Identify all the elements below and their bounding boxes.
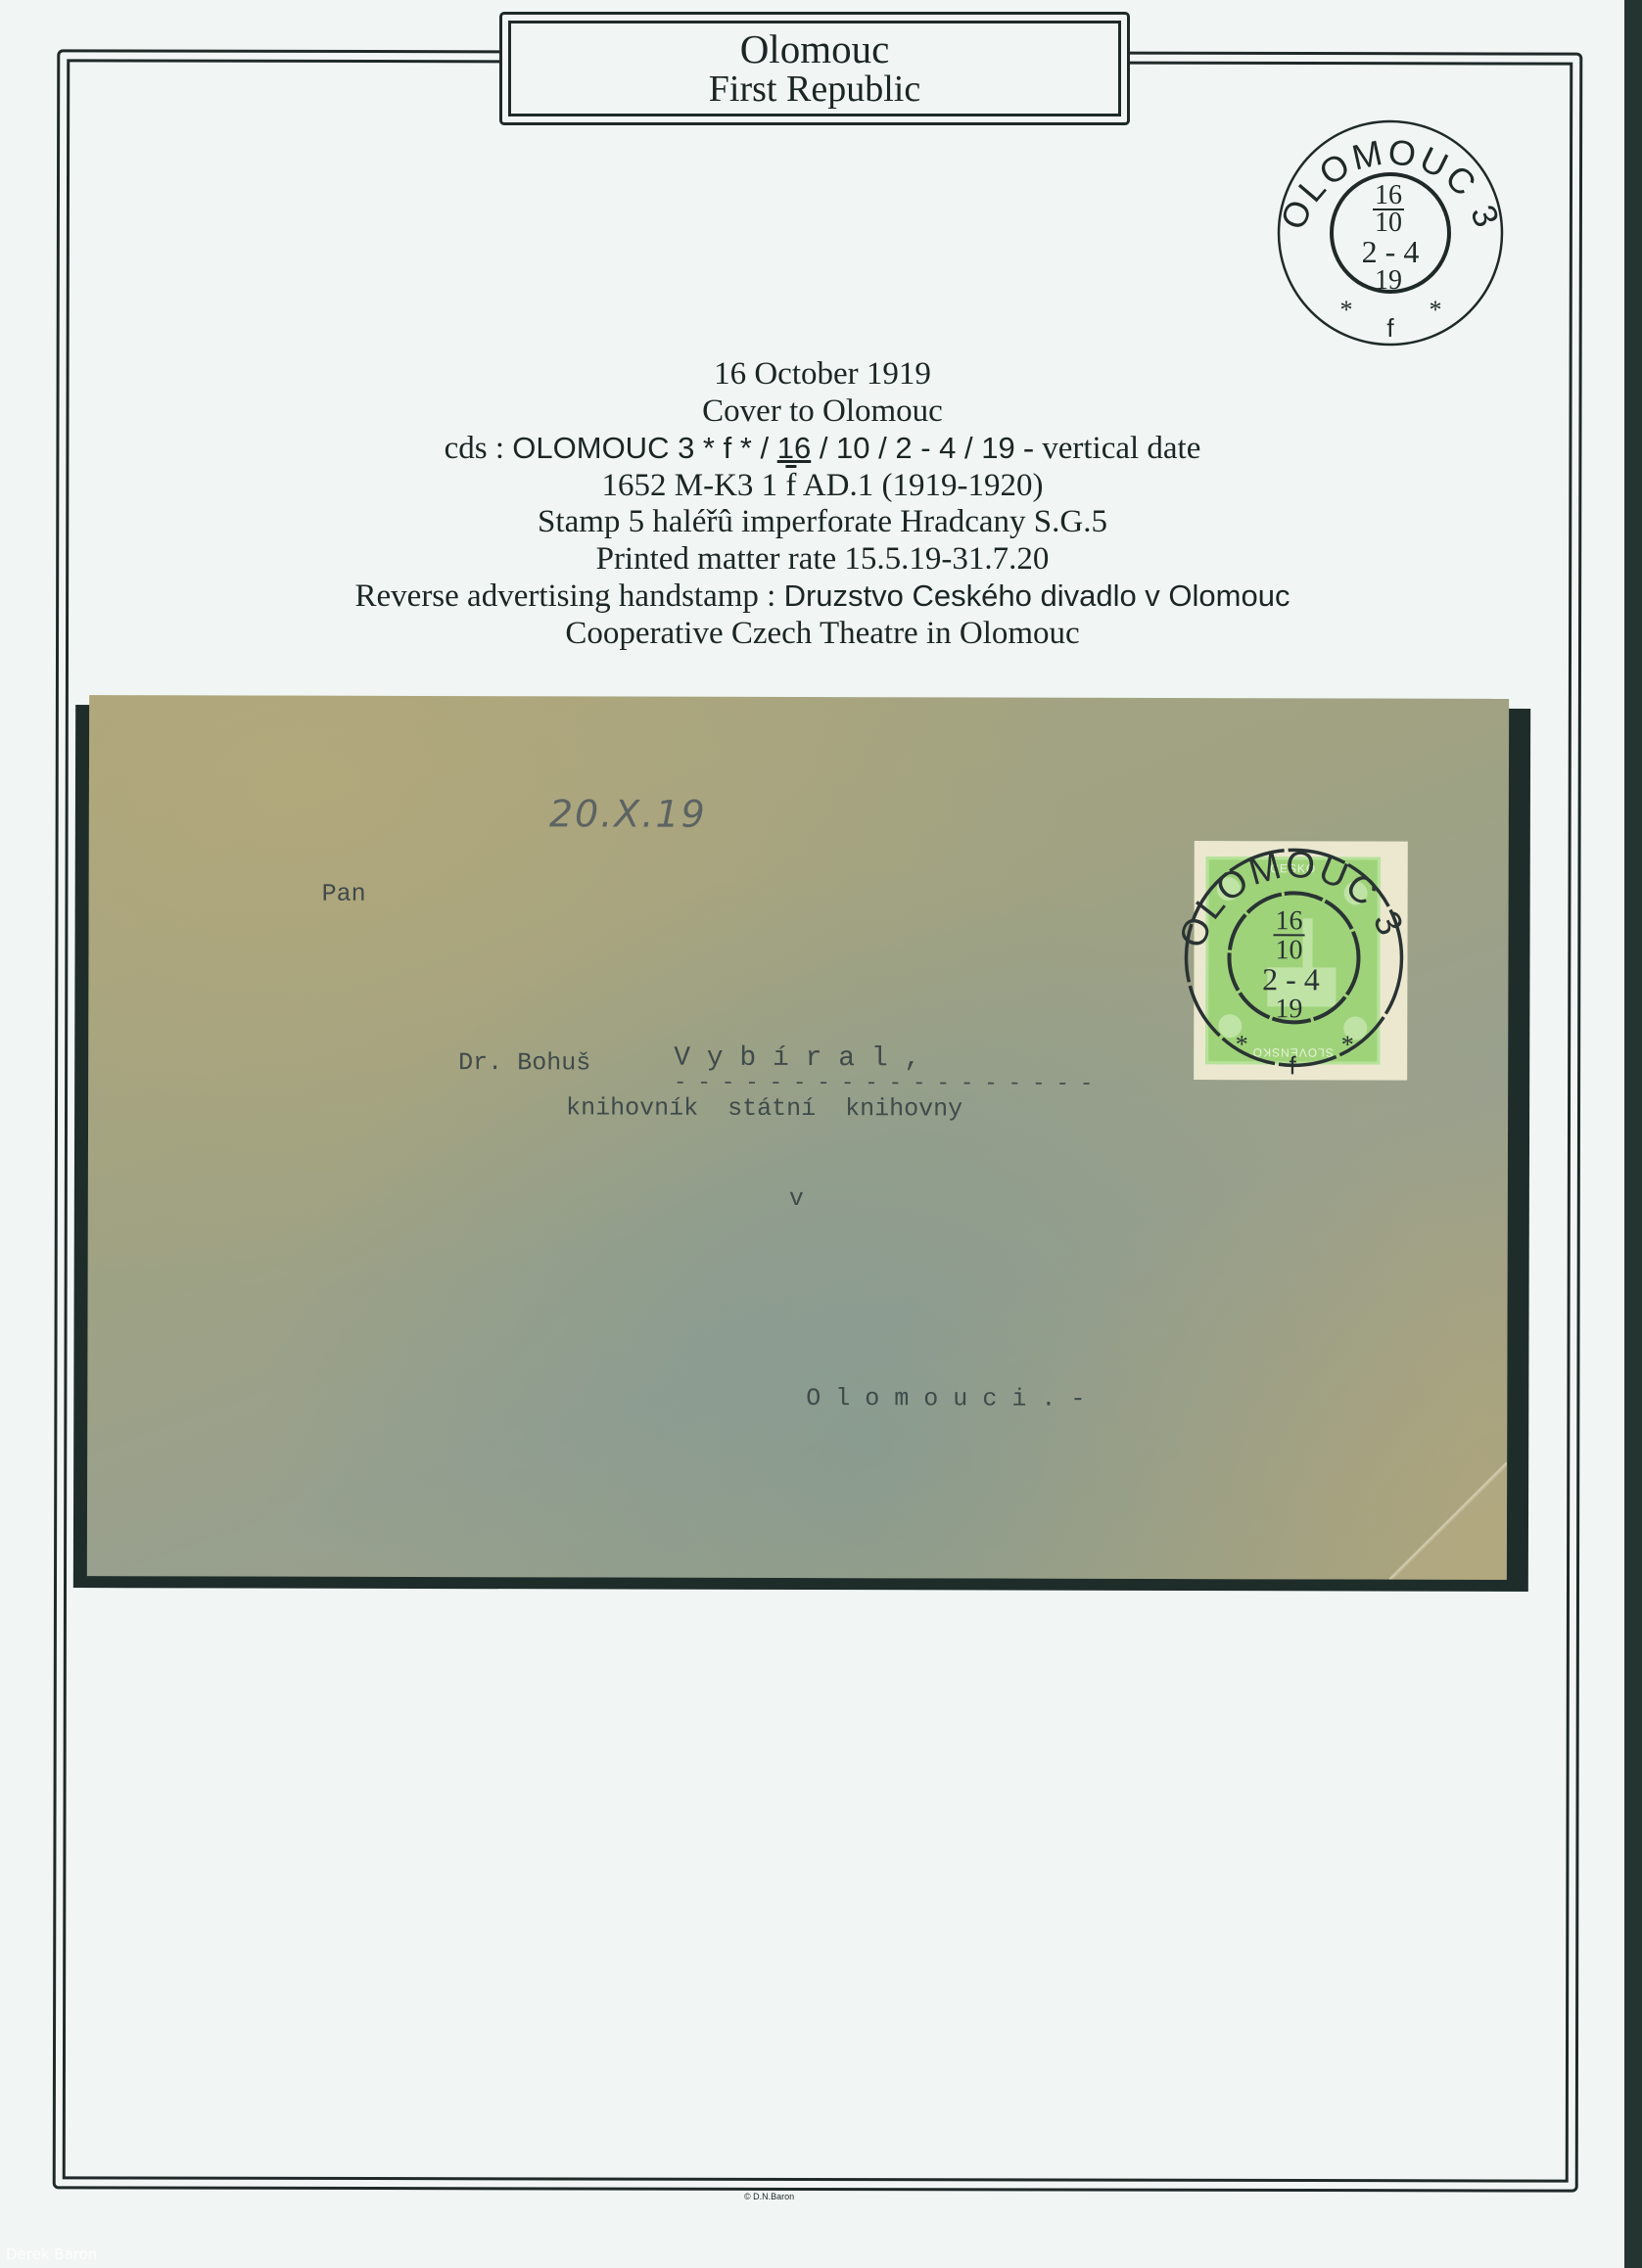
title-box: Olomouc First Republic xyxy=(499,12,1130,125)
cancel-letter: f xyxy=(1290,1050,1297,1080)
pencil-note: 20.X.19 xyxy=(549,792,707,835)
scan-edge-strip xyxy=(1624,0,1642,2268)
page-title: Olomouc xyxy=(740,28,890,69)
cover-corner-fold xyxy=(1389,1462,1507,1580)
postmark-hours: 2 - 4 xyxy=(1362,234,1420,269)
postmark-star-left: * xyxy=(1340,296,1353,324)
cover-addressee-name: V y b í r a l , xyxy=(674,1043,920,1075)
cover-envelope: 20.X.19 Pan Dr. Bohuš V y b í r a l , - … xyxy=(87,695,1509,1580)
cancel-hours: 2 - 4 xyxy=(1262,961,1320,996)
cds-label: cds : xyxy=(445,431,513,466)
description-stamp: Stamp 5 haléřû imperforate Hradcany S.G.… xyxy=(147,504,1498,541)
catalog-pre: 1652 M-K3 1 xyxy=(602,468,786,503)
copyright-notice: © D.N.Baron xyxy=(744,2192,794,2201)
description-cds: cds : OLOMOUC 3 * f * / 16 / 10 / 2 - 4 … xyxy=(147,430,1498,468)
cds-suffix: - vertical date xyxy=(1015,431,1201,466)
description-rate: Printed matter rate 15.5.19-31.7.20 xyxy=(147,541,1498,579)
cover-addressee-title: Dr. Bohuš xyxy=(458,1048,590,1077)
postmark-diagram: OLOMOUC 3 16 10 2 - 4 19 * * f xyxy=(1263,108,1518,362)
cancel-star-right: * xyxy=(1341,1030,1354,1058)
page-subtitle: First Republic xyxy=(709,69,920,109)
cover-city: O l o m o u c i . - xyxy=(806,1384,1085,1413)
cds-post: / 10 / 2 - 4 / 19 xyxy=(811,431,1015,465)
stamp-cancellation: OLOMOUC 3 16 10 2 - 4 19 * * f xyxy=(1171,835,1417,1081)
cover-salutation: Pan xyxy=(322,880,366,908)
postmark-star-right: * xyxy=(1430,296,1442,324)
description-catalog: 1652 M-K3 1 f AD.1 (1919-1920) xyxy=(147,468,1498,505)
reverse-label: Reverse advertising handstamp : xyxy=(355,579,784,614)
cancel-day: 16 xyxy=(1276,905,1303,936)
reverse-text: Druzstvo Ceského divadlo v Olomouc xyxy=(784,579,1290,613)
description-date: 16 October 1919 xyxy=(147,356,1498,393)
description-block: 16 October 1919 Cover to Olomouc cds : O… xyxy=(147,356,1498,652)
cancel-star-left: * xyxy=(1236,1030,1248,1058)
postmark-day: 16 xyxy=(1375,180,1402,210)
cover-occupation: knihovník státní knihovny xyxy=(566,1093,962,1123)
postmark-letter: f xyxy=(1386,313,1394,343)
cds-pre: OLOMOUC 3 * f * / xyxy=(512,431,776,465)
postmark-year: 19 xyxy=(1375,265,1402,296)
cds-day: 16 xyxy=(777,431,811,465)
description-subject: Cover to Olomouc xyxy=(147,393,1498,431)
description-translation: Cooperative Czech Theatre in Olomouc xyxy=(147,616,1498,653)
cancel-year: 19 xyxy=(1275,994,1302,1024)
cover-preposition: v xyxy=(789,1184,804,1213)
title-box-inner: Olomouc First Republic xyxy=(508,21,1121,116)
catalog-post: AD.1 (1919-1920) xyxy=(796,468,1043,503)
cover-name-underline: - - - - - - - - - - - - - - - - - - xyxy=(674,1071,1092,1096)
description-reverse: Reverse advertising handstamp : Druzstvo… xyxy=(147,578,1498,616)
catalog-f: f xyxy=(785,468,796,503)
watermark: Derek Baron xyxy=(6,2245,97,2263)
